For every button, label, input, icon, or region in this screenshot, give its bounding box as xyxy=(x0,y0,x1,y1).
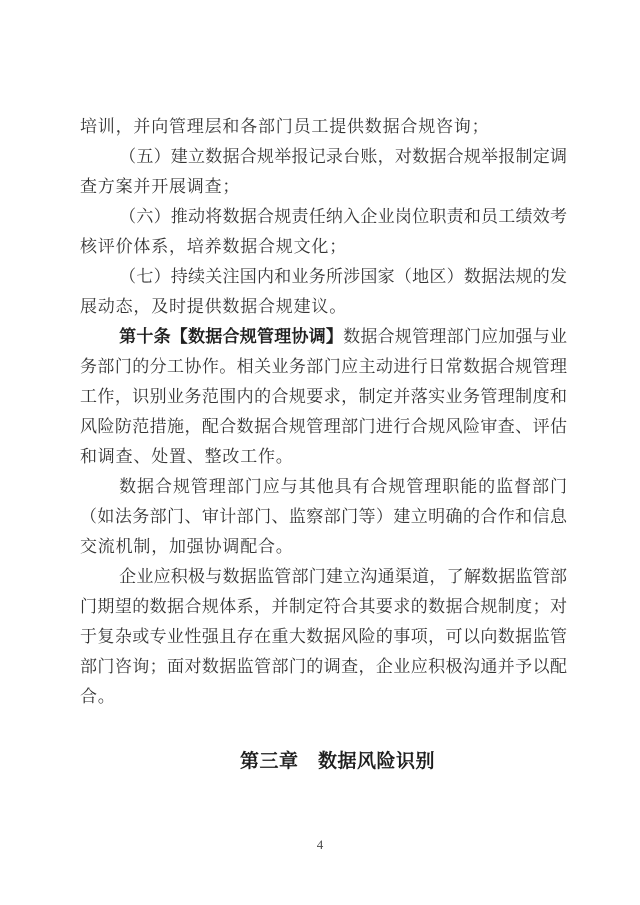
text-line: 工作，识别业务范围内的合规要求，制定并落实业务管理制度和 xyxy=(80,382,567,412)
page-number: 4 xyxy=(0,836,640,853)
text-line-content: 数据合规管理部门应加强与业 xyxy=(343,327,567,346)
text-line: （五）建立数据合规举报记录台账，对数据合规举报制定调 xyxy=(80,142,567,172)
text-line: （如法务部门、审计部门、监察部门等）建立明确的合作和信息 xyxy=(80,502,567,532)
paragraphs: 培训，并向管理层和各部门员工提供数据合规咨询；（五）建立数据合规举报记录台账，对… xyxy=(80,112,567,712)
document-page: 培训，并向管理层和各部门员工提供数据合规咨询；（五）建立数据合规举报记录台账，对… xyxy=(0,0,640,905)
document-body: 培训，并向管理层和各部门员工提供数据合规咨询；（五）建立数据合规举报记录台账，对… xyxy=(80,112,567,776)
text-line: 务部门的分工协作。相关业务部门应主动进行日常数据合规管理 xyxy=(80,352,567,382)
text-line: 和调查、处置、整改工作。 xyxy=(80,442,567,472)
text-line: （七）持续关注国内和业务所涉国家（地区）数据法规的发 xyxy=(80,262,567,292)
chapter-heading: 第三章 数据风险识别 xyxy=(80,748,567,776)
text-line: 第十条【数据合规管理协调】数据合规管理部门应加强与业 xyxy=(80,322,567,352)
text-line: 企业应积极与数据监管部门建立沟通渠道，了解数据监管部 xyxy=(80,562,567,592)
text-line: （六）推动将数据合规责任纳入企业岗位职责和员工绩效考 xyxy=(80,202,567,232)
text-line: 合。 xyxy=(80,682,567,712)
text-line: 展动态，及时提供数据合规建议。 xyxy=(80,292,567,322)
text-line: 交流机制，加强协调配合。 xyxy=(80,532,567,562)
article-title: 第十条【数据合规管理协调】 xyxy=(119,327,343,346)
text-line: 数据合规管理部门应与其他具有合规管理职能的监督部门 xyxy=(80,472,567,502)
text-line: 查方案并开展调查； xyxy=(80,172,567,202)
text-line: 核评价体系，培养数据合规文化； xyxy=(80,232,567,262)
text-line: 风险防范措施，配合数据合规管理部门进行合规风险审查、评估 xyxy=(80,412,567,442)
text-line: 培训，并向管理层和各部门员工提供数据合规咨询； xyxy=(80,112,567,142)
text-line: 门期望的数据合规体系，并制定符合其要求的数据合规制度；对 xyxy=(80,592,567,622)
text-line: 于复杂或专业性强且存在重大数据风险的事项，可以向数据监管 xyxy=(80,622,567,652)
text-line: 部门咨询；面对数据监管部门的调查，企业应积极沟通并予以配 xyxy=(80,652,567,682)
